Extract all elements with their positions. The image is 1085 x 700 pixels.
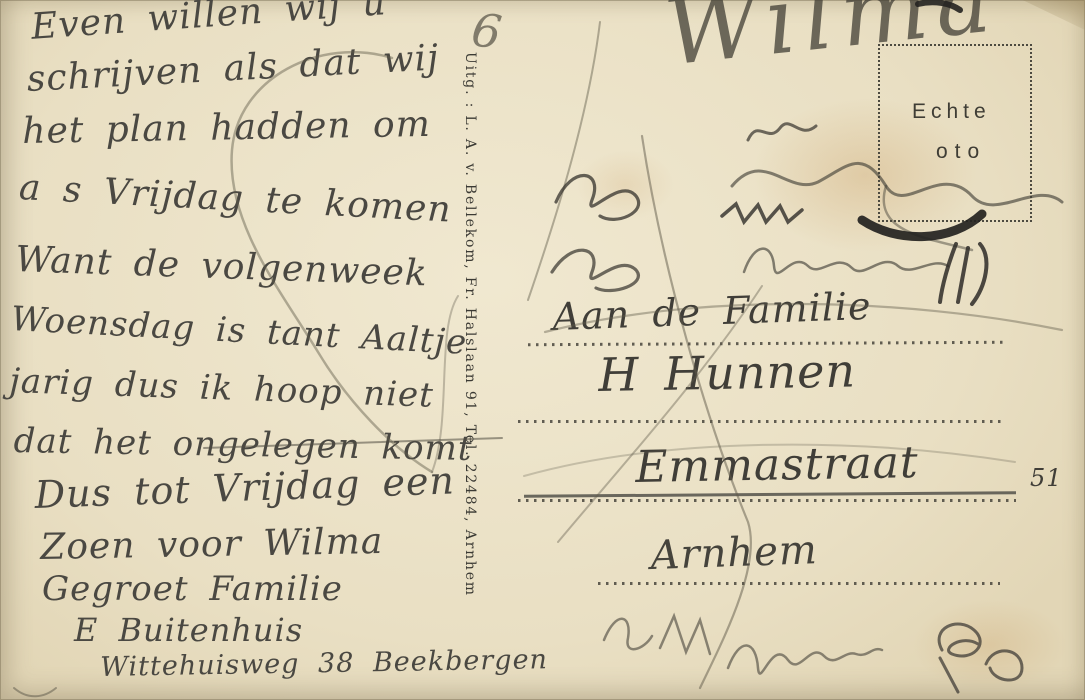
ink-zigzag — [722, 204, 802, 222]
message-line: Want de volgenweek — [15, 242, 429, 292]
address-rule-2 — [518, 420, 1006, 423]
message-line: Even willen wij u — [30, 0, 388, 46]
message-line: Woensdag is tant Aaltje — [10, 302, 468, 360]
pencil-scribble — [728, 645, 882, 673]
address-line-city: Arnhem — [650, 530, 818, 576]
pencil-number: 6 — [468, 2, 505, 60]
stamp-box: Echte oto — [878, 44, 1032, 222]
ink-circles-scrawl — [939, 624, 1022, 692]
sender-address: Wittehuisweg 38 Beekbergen — [100, 646, 548, 681]
pencil-scribble — [14, 688, 56, 696]
message-line: Dus tot Vrijdag een — [34, 461, 455, 514]
message-line: a s Vrijdag te komen — [18, 170, 452, 229]
sender-name: E Buitenhuis — [74, 614, 303, 646]
address-rule-3 — [518, 499, 1016, 502]
message-line: schrijven als dat wij — [26, 40, 440, 98]
address-rule-4 — [598, 582, 1000, 585]
message-signature: Gegroet Familie — [42, 572, 343, 606]
ink-scribble — [556, 175, 639, 219]
address-line-name: H Hunnen — [598, 348, 856, 398]
address-underline — [524, 491, 1016, 497]
pencil-scribble — [642, 136, 751, 688]
ink-number-scrawl — [940, 244, 986, 304]
corner-damage — [1007, 0, 1085, 30]
ink-scribble — [748, 124, 816, 140]
ink-scribble — [744, 249, 948, 273]
stamp-box-text-foto: oto — [936, 140, 986, 164]
pencil-scribble — [528, 22, 600, 300]
postcard-back: Uitg. : L. A. v. Bellekom, Fr. Halslaan … — [0, 0, 1085, 700]
message-line: jarig dus ik hoop niet — [9, 364, 435, 413]
message-line: Zoen voor Wilma — [40, 524, 384, 566]
address-house-number: 51 — [1030, 466, 1063, 490]
address-line-street: Emmastraat — [635, 441, 919, 490]
pencil-scribble — [604, 616, 710, 654]
address-line-family: Aan de Familie — [552, 287, 872, 336]
message-line: het plan hadden om — [22, 107, 431, 150]
stamp-box-text-echte: Echte — [912, 100, 991, 124]
ink-scribble — [552, 250, 638, 290]
